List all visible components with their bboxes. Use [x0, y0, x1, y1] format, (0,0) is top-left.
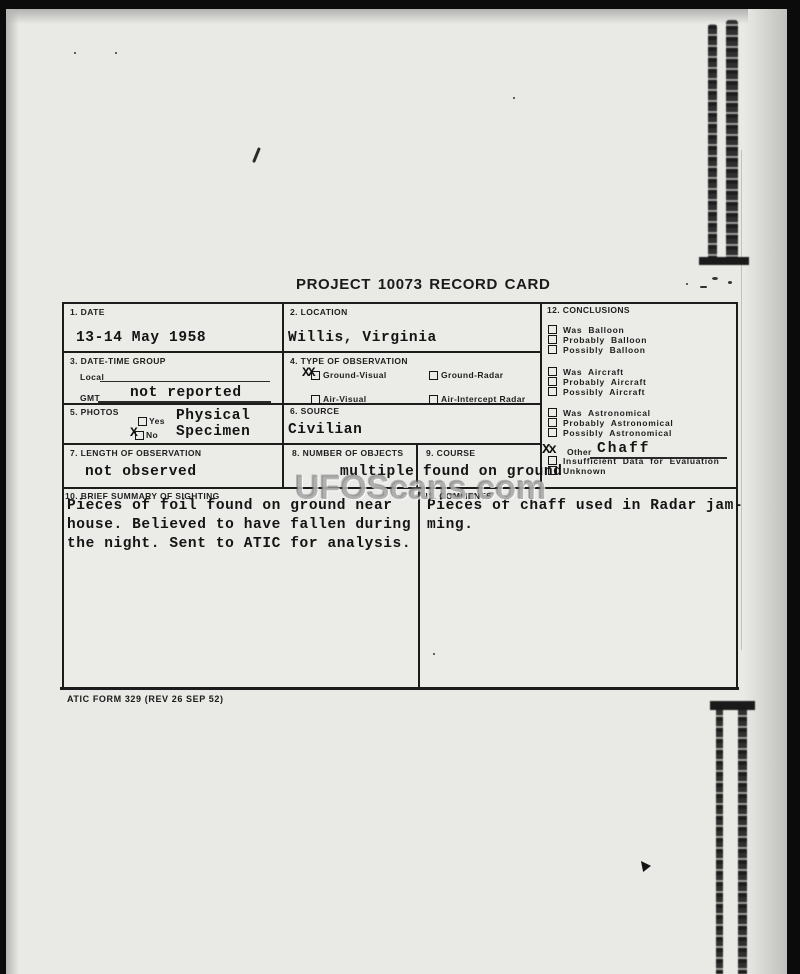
checkbox-photos-yes — [138, 417, 147, 426]
checkbox-was-aircraft — [548, 367, 557, 376]
gmt-value: not reported — [130, 385, 242, 401]
gmt-blank-line — [98, 401, 271, 403]
ink-speck — [712, 277, 718, 280]
column-divider-main — [282, 302, 284, 489]
scan-border-right — [787, 0, 800, 974]
conclusion-item-probably-astronomical: Probably Astronomical — [548, 418, 673, 428]
dust-speck — [686, 283, 688, 285]
field-label-course: 9. COURSE — [426, 448, 475, 458]
conclusion-item-probably-aircraft: Probably Aircraft — [548, 377, 647, 387]
field-label-number-of-objects: 8. NUMBER OF OBJECTS — [292, 448, 403, 458]
option-label-air-intercept-radar: Air-Intercept Radar — [441, 394, 526, 404]
checkbox-possibly-balloon — [548, 345, 557, 354]
checkbox-probably-astronomical — [548, 418, 557, 427]
field-label-photos: 5. PHOTOS — [70, 407, 119, 417]
option-label-air-visual: Air-Visual — [323, 394, 367, 404]
ink-triangle-mark — [637, 858, 651, 872]
page-edge-shadow-right — [744, 0, 787, 974]
column-divider-conclusions — [540, 302, 542, 489]
page-title: PROJECT 10073 RECORD CARD — [296, 276, 550, 293]
underlying-page-edge — [741, 150, 742, 650]
dust-speck — [433, 653, 435, 655]
checkmark-photos-no: X — [130, 425, 136, 440]
row-divider-3 — [62, 443, 542, 445]
gmt-label: GMT — [80, 393, 100, 403]
field-value-length-of-observation: not observed — [85, 464, 197, 480]
field-value-location: Willis, Virginia — [288, 330, 437, 346]
ink-speck — [728, 281, 732, 284]
local-blank-line — [100, 381, 270, 382]
binding-smudge-bottom-left-bar — [716, 709, 723, 974]
field-value-source: Civilian — [288, 422, 362, 438]
conclusion-item-possibly-aircraft: Possibly Aircraft — [548, 387, 645, 397]
checkbox-probably-aircraft — [548, 377, 557, 386]
photos-no-label: No — [146, 430, 158, 440]
checkbox-air-visual — [311, 395, 320, 404]
checkbox-probably-balloon — [548, 335, 557, 344]
conclusion-item-probably-balloon: Probably Balloon — [548, 335, 647, 345]
photos-value-line1: Physical — [176, 408, 250, 424]
binding-smudge-top-right-bar — [726, 20, 738, 261]
field-label-conclusions: 12. CONCLUSIONS — [547, 305, 630, 315]
checkbox-air-intercept-radar — [429, 395, 438, 404]
column-divider-comments — [418, 487, 420, 689]
binding-smudge-bottom-right-bar — [738, 709, 747, 974]
watermark: UFOScans.com — [295, 469, 546, 508]
binding-smudge-top-foot — [699, 257, 749, 265]
checkmark-ground-visual: XX — [302, 365, 314, 380]
field-label-length-of-observation: 7. LENGTH OF OBSERVATION — [70, 448, 201, 458]
conclusion-item-insufficient-data: Insufficient Data for Evaluation — [548, 456, 720, 466]
scan-border-top — [0, 0, 800, 9]
photos-yes-label: Yes — [149, 416, 165, 426]
checkbox-ground-radar — [429, 371, 438, 380]
checkmark-other: Xx — [542, 442, 555, 458]
conclusion-item-was-balloon: Was Balloon — [548, 325, 624, 335]
summary-line-2: house. Believed to have fallen during — [67, 516, 411, 535]
field-value-date: 13-14 May 1958 — [76, 330, 206, 346]
option-label-ground-radar: Ground-Radar — [441, 370, 503, 380]
comments-line-2: ming. — [427, 516, 743, 535]
conclusion-other-value: Chaff — [597, 441, 651, 457]
field-label-date-time-group: 3. DATE-TIME GROUP — [70, 356, 166, 366]
table-border-bottom — [60, 687, 739, 690]
dust-speck — [513, 97, 515, 99]
conclusion-item-was-aircraft: Was Aircraft — [548, 367, 624, 377]
option-label-ground-visual: Ground-Visual — [323, 370, 387, 380]
field-label-date: 1. DATE — [70, 307, 105, 317]
dust-speck — [115, 52, 117, 54]
checkbox-possibly-aircraft — [548, 387, 557, 396]
dust-speck — [74, 52, 76, 54]
form-number: ATIC FORM 329 (REV 26 SEP 52) — [67, 694, 224, 704]
local-label: Local — [80, 372, 104, 382]
checkbox-photos-no — [135, 431, 144, 440]
dust-speck — [700, 286, 707, 288]
field-label-location: 2. LOCATION — [290, 307, 348, 317]
table-border-top — [62, 302, 738, 304]
checkbox-was-balloon — [548, 325, 557, 334]
checkbox-was-astronomical — [548, 408, 557, 417]
page-edge-shadow-left — [6, 0, 19, 974]
row-divider-1 — [62, 351, 542, 353]
summary-line-3: the night. Sent to ATIC for analysis. — [67, 535, 411, 554]
page-edge-shadow-top — [0, 9, 748, 24]
table-border-right — [736, 302, 738, 690]
handwritten-slash-mark — [252, 147, 260, 163]
table-border-left — [62, 302, 64, 690]
field-label-source: 6. SOURCE — [290, 406, 339, 416]
conclusion-item-possibly-balloon: Possibly Balloon — [548, 345, 646, 355]
photos-value-line2: Specimen — [176, 424, 250, 440]
scan-border-left — [0, 0, 6, 974]
conclusion-item-was-astronomical: Was Astronomical — [548, 408, 651, 418]
checkbox-possibly-astronomical — [548, 428, 557, 437]
conclusion-item-possibly-astronomical: Possibly Astronomical — [548, 428, 672, 438]
binding-smudge-top-left-bar — [708, 24, 717, 260]
scanned-record-card-page: UFOScans.com PROJECT 10073 RECORD CARD A… — [0, 0, 800, 974]
